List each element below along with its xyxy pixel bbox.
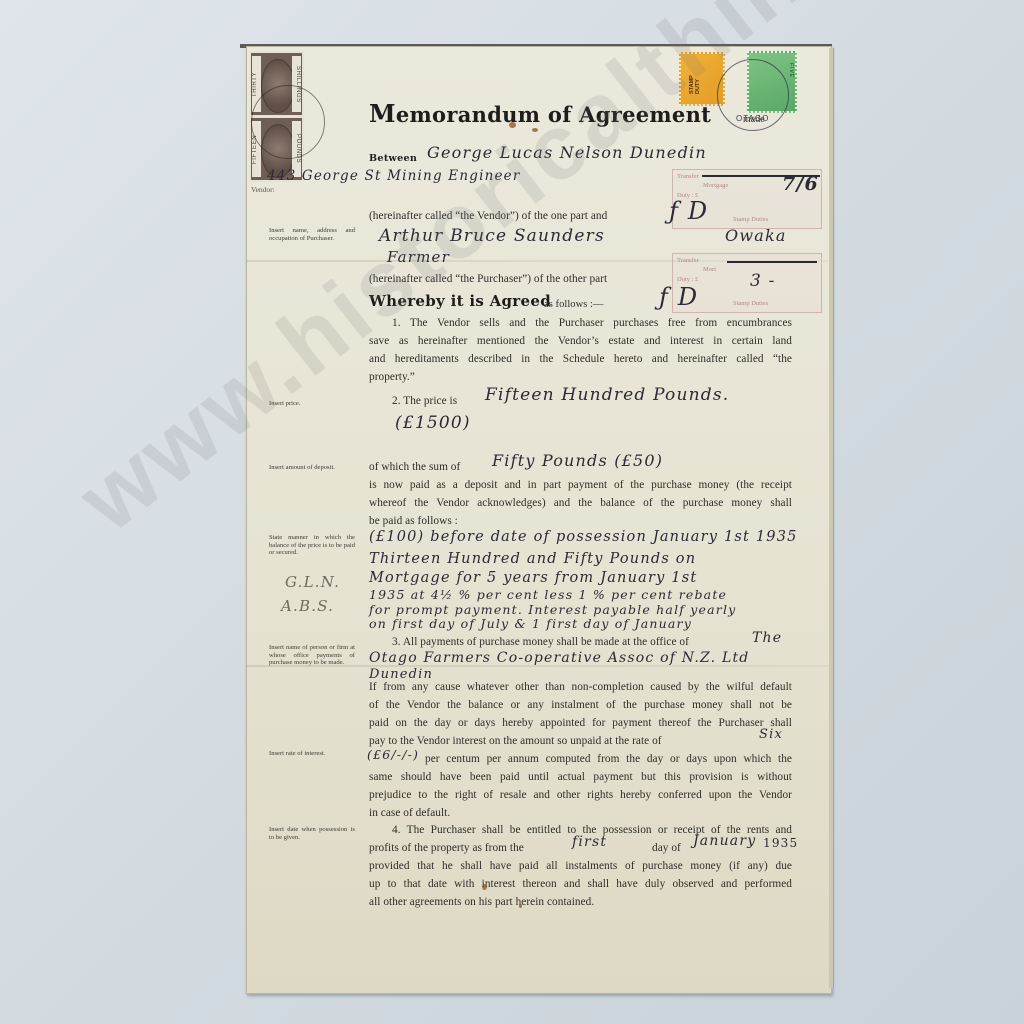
- strike-line: [727, 261, 817, 263]
- default-line: same should have been paid until actual …: [369, 769, 792, 787]
- as-follows-text: as follows :—: [544, 296, 604, 314]
- agreement-document: THIRTY SHILLINGS FIFTEEN POUNDS Vendor: …: [246, 46, 832, 994]
- deposit-line: be paid as follows :: [369, 513, 458, 531]
- made-label: made: [743, 114, 765, 125]
- duty-amount: 7/6: [782, 173, 819, 195]
- initials-vendor: G.L.N.: [285, 573, 340, 591]
- default-line: per centum per annum computed from the d…: [425, 751, 792, 769]
- balance-terms-line: 1935 at 4½ % per cent less 1 % per cent …: [369, 587, 727, 602]
- whereby-heading: Whereby it is Agreed: [369, 292, 551, 310]
- default-line: of the Vendor the balance or any instalm…: [369, 697, 792, 715]
- possession-year: 1935: [763, 836, 798, 850]
- clause-1-line: property.”: [369, 369, 415, 387]
- document-title: Memorandum of Agreement: [369, 99, 711, 128]
- margin-note-possession: Insert date when possession is to be giv…: [269, 826, 355, 841]
- initials-purchaser: A.B.S.: [281, 597, 334, 615]
- clause-1-line: 1. The Vendor sells and the Purchaser pu…: [392, 315, 792, 333]
- margin-note-purchaser: Insert name, address and occupation of P…: [269, 227, 355, 242]
- default-line: in case of default.: [369, 805, 450, 823]
- office-line: The: [752, 630, 782, 646]
- possession-month: January: [693, 833, 756, 849]
- stain-mark: [532, 128, 538, 132]
- balance-terms-line: Mortgage for 5 years from January 1st: [369, 570, 697, 586]
- interest-rate-words: Six: [759, 727, 783, 742]
- purchaser-occupation: Farmer: [387, 248, 450, 266]
- clause-1-line: and hereditaments described in the Sched…: [369, 351, 792, 369]
- vendor-called-text: (hereinafter called “the Vendor”) of the…: [369, 208, 607, 226]
- clause-3-lead: 3. All payments of purchase money shall …: [392, 634, 689, 652]
- deposit-amount: Fifty Pounds (£50): [492, 451, 663, 470]
- deposit-line: is now paid as a deposit and in part pay…: [369, 477, 792, 495]
- clause-4-line: up to that date with interest thereon an…: [369, 876, 792, 894]
- duty-amount: 3 -: [750, 271, 776, 291]
- deposit-line: whereof the Vendor acknowledges) and the…: [369, 495, 792, 513]
- balance-terms-line: Thirteen Hundred and Fifty Pounds on: [369, 551, 696, 567]
- default-line: paid on the day or days hereby appointed…: [369, 715, 792, 733]
- possession-day: first: [572, 834, 607, 850]
- signature-initials: ƒ D: [659, 283, 698, 311]
- deposit-lead: of which the sum of: [369, 459, 460, 477]
- between-label: Between: [369, 153, 417, 164]
- clause-4-line: all other agreements on his part herein …: [369, 894, 594, 912]
- clause-1-line: save as hereinafter mentioned the Vendor…: [369, 333, 792, 351]
- price-figure: (£1500): [395, 413, 471, 433]
- purchaser-called-text: (hereinafter called “the Purchaser”) of …: [369, 271, 607, 289]
- clause-4-line: profits of the property as from the: [369, 840, 524, 858]
- margin-note-price: Insert price.: [269, 400, 355, 408]
- margin-note-interest: Insert rate of interest.: [269, 750, 365, 758]
- vendor-name: George Lucas Nelson Dunedin: [427, 143, 707, 162]
- margin-note-deposit: Insert amount of deposit.: [269, 464, 355, 472]
- stain-mark: [509, 122, 516, 128]
- balance-terms-line: for prompt payment. Interest payable hal…: [369, 602, 736, 617]
- margin-note-office: Insert name of person or firm at whose o…: [269, 644, 355, 667]
- office-line: Otago Farmers Co-operative Assoc of N.Z.…: [369, 650, 749, 666]
- price-words: Fifteen Hundred Pounds.: [485, 385, 729, 405]
- postmark-circle-icon: [251, 85, 325, 159]
- clause-4-line: provided that he shall have paid all ins…: [369, 858, 792, 876]
- balance-terms-line: (£100) before date of possession January…: [369, 529, 798, 545]
- stain-mark: [482, 884, 487, 890]
- stamp-label: FIVE: [788, 63, 794, 78]
- interest-rate-figure: (£6/-/-): [367, 747, 419, 762]
- default-line: If from any cause whatever other than no…: [369, 679, 792, 697]
- overprint-text: STAMP DUTY: [689, 60, 713, 94]
- clause-2-lead: 2. The price is: [392, 393, 457, 411]
- vendor-label: Vendor:: [251, 185, 275, 194]
- vendor-address-occupation: 443 George St Mining Engineer: [267, 168, 521, 184]
- purchaser-place: Owaka: [725, 226, 787, 245]
- stain-mark: [519, 904, 522, 908]
- signature-initials: ƒ D: [669, 197, 708, 225]
- default-line: prejudice to the right of resale and oth…: [369, 787, 792, 805]
- margin-note-balance: State manner in which the balance of the…: [269, 534, 355, 557]
- clause-4-day-of: day of: [652, 840, 681, 858]
- paper-stack-edge: [829, 48, 834, 988]
- balance-terms-line: on first day of July & 1 first day of Ja…: [369, 616, 692, 631]
- purchaser-name: Arthur Bruce Saunders: [379, 226, 605, 246]
